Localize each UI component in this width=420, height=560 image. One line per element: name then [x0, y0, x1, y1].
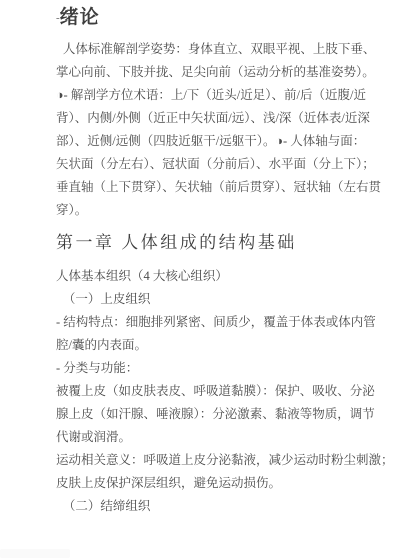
- paragraph-directional-terms: ◑- 解剖学方位术语：上/下（近头/近足）、前/后（近腹/近 背）、内侧/外侧（…: [56, 84, 370, 222]
- intro-heading-text: 绪论: [60, 7, 100, 28]
- text-line: 穿）。: [56, 199, 370, 222]
- chapter-one-heading: 第一章 人体组成的结构基础: [56, 231, 370, 255]
- text-line: 矢状面（分左右）、冠状面（分前后）、水平面（分上下）；: [56, 153, 370, 176]
- intro-heading: -绪论: [56, 5, 370, 31]
- paragraph-classification-function: - 分类与功能：: [56, 357, 370, 380]
- paragraph-anatomical-posture: 人体标准解剖学姿势：身体直立、双眼平视、上肢下垂、 掌心向前、下肢并拢、足尖向前…: [56, 38, 370, 84]
- text-line: （二）结缔组织: [56, 495, 370, 518]
- text-line: 部）、近侧/远侧（四肢近躯干/远躯干）。◑- 人体轴与面：: [56, 130, 370, 153]
- text-line: 皮肤上皮保护深层组织，避免运动损伤。: [56, 472, 370, 495]
- paragraph-sport-relevance: 运动相关意义：呼吸道上皮分泌黏液，减少运动时粉尘刺激； 皮肤上皮保护深层组织，避…: [56, 449, 370, 495]
- text-line: 人体标准解剖学姿势：身体直立、双眼平视、上肢下垂、: [56, 38, 370, 61]
- paragraph-covering-glandular-epithelium: 被覆上皮（如皮肤表皮、呼吸道黏膜）：保护、吸收、分泌 腺上皮（如汗腺、唾液腺）：…: [56, 380, 370, 449]
- paragraph-basic-tissues: 人体基本组织（4 大核心组织）: [56, 265, 370, 288]
- section-epithelial-tissue: （一）上皮组织: [56, 288, 370, 311]
- text-line: 腔/囊的内表面。: [56, 334, 370, 357]
- paragraph-structure-features: - 结构特点：细胞排列紧密、间质少，覆盖于体表或体内管 腔/囊的内表面。: [56, 311, 370, 357]
- text-line: 代谢或润滑。: [56, 426, 370, 449]
- text-line: 运动相关意义：呼吸道上皮分泌黏液，减少运动时粉尘刺激；: [56, 449, 370, 472]
- text-line: - 分类与功能：: [56, 357, 370, 380]
- text-line: 背）、内侧/外侧（近正中矢状面/远）、浅/深（近体表/近深: [56, 107, 370, 130]
- text-line: 腺上皮（如汗腺、唾液腺）：分泌激素、黏液等物质，调节: [56, 403, 370, 426]
- text-line: 被覆上皮（如皮肤表皮、呼吸道黏膜）：保护、吸收、分泌: [56, 380, 370, 403]
- section-connective-tissue: （二）结缔组织: [56, 495, 370, 518]
- text-line: - 结构特点：细胞排列紧密、间质少，覆盖于体表或体内管: [56, 311, 370, 334]
- text-line: 人体基本组织（4 大核心组织）: [56, 265, 370, 288]
- document-page: -绪论 人体标准解剖学姿势：身体直立、双眼平视、上肢下垂、 掌心向前、下肢并拢、…: [0, 0, 420, 560]
- document-content: -绪论 人体标准解剖学姿势：身体直立、双眼平视、上肢下垂、 掌心向前、下肢并拢、…: [56, 5, 370, 518]
- bottom-left-artifact: [0, 549, 70, 558]
- text-line: 垂直轴（上下贯穿）、矢状轴（前后贯穿）、冠状轴（左右贯: [56, 176, 370, 199]
- text-line: （一）上皮组织: [56, 288, 370, 311]
- text-line: 掌心向前、下肢并拢、足尖向前（运动分析的基准姿势）。: [56, 61, 370, 84]
- text-line: ◑- 解剖学方位术语：上/下（近头/近足）、前/后（近腹/近: [56, 84, 370, 107]
